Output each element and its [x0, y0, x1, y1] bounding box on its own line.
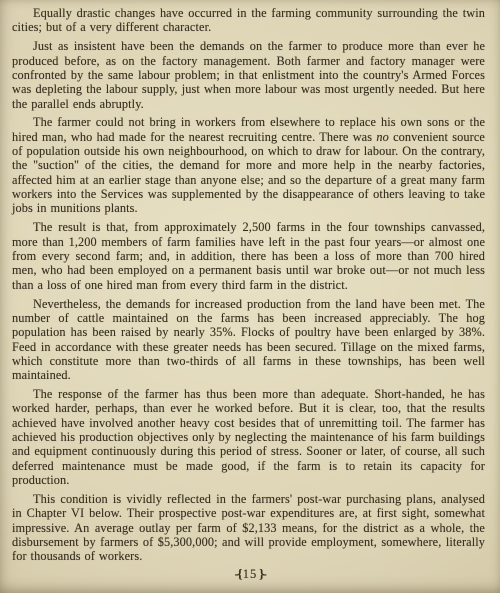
- text-segment: Just as insistent have been the demands …: [12, 39, 485, 110]
- paragraph: The response of the farmer has thus been…: [12, 387, 485, 487]
- page-number: -{15}-: [0, 567, 500, 582]
- text-segment: The result is that, from approximately 2…: [12, 220, 485, 291]
- text-segment: The response of the farmer has thus been…: [12, 387, 485, 487]
- paragraph: Equally drastic changes have occurred in…: [12, 6, 485, 35]
- paragraph: Just as insistent have been the demands …: [12, 39, 485, 111]
- page-text: Equally drastic changes have occurred in…: [12, 6, 485, 564]
- text-segment: Equally drastic changes have occurred in…: [12, 6, 485, 34]
- right-bracket-ornament: }-: [257, 567, 267, 581]
- page-number-value: 15: [243, 567, 258, 581]
- text-segment: Nevertheless, the demands for increased …: [12, 297, 485, 383]
- paragraph: Nevertheless, the demands for increased …: [12, 297, 485, 383]
- italic-text-segment: no: [376, 130, 389, 144]
- text-segment: This condition is vividly reflected in t…: [12, 492, 485, 563]
- paragraph: The farmer could not bring in workers fr…: [12, 115, 485, 215]
- paragraph: The result is that, from approximately 2…: [12, 220, 485, 292]
- left-bracket-ornament: -{: [233, 567, 243, 581]
- book-page: Equally drastic changes have occurred in…: [0, 0, 500, 593]
- paragraph: This condition is vividly reflected in t…: [12, 492, 485, 564]
